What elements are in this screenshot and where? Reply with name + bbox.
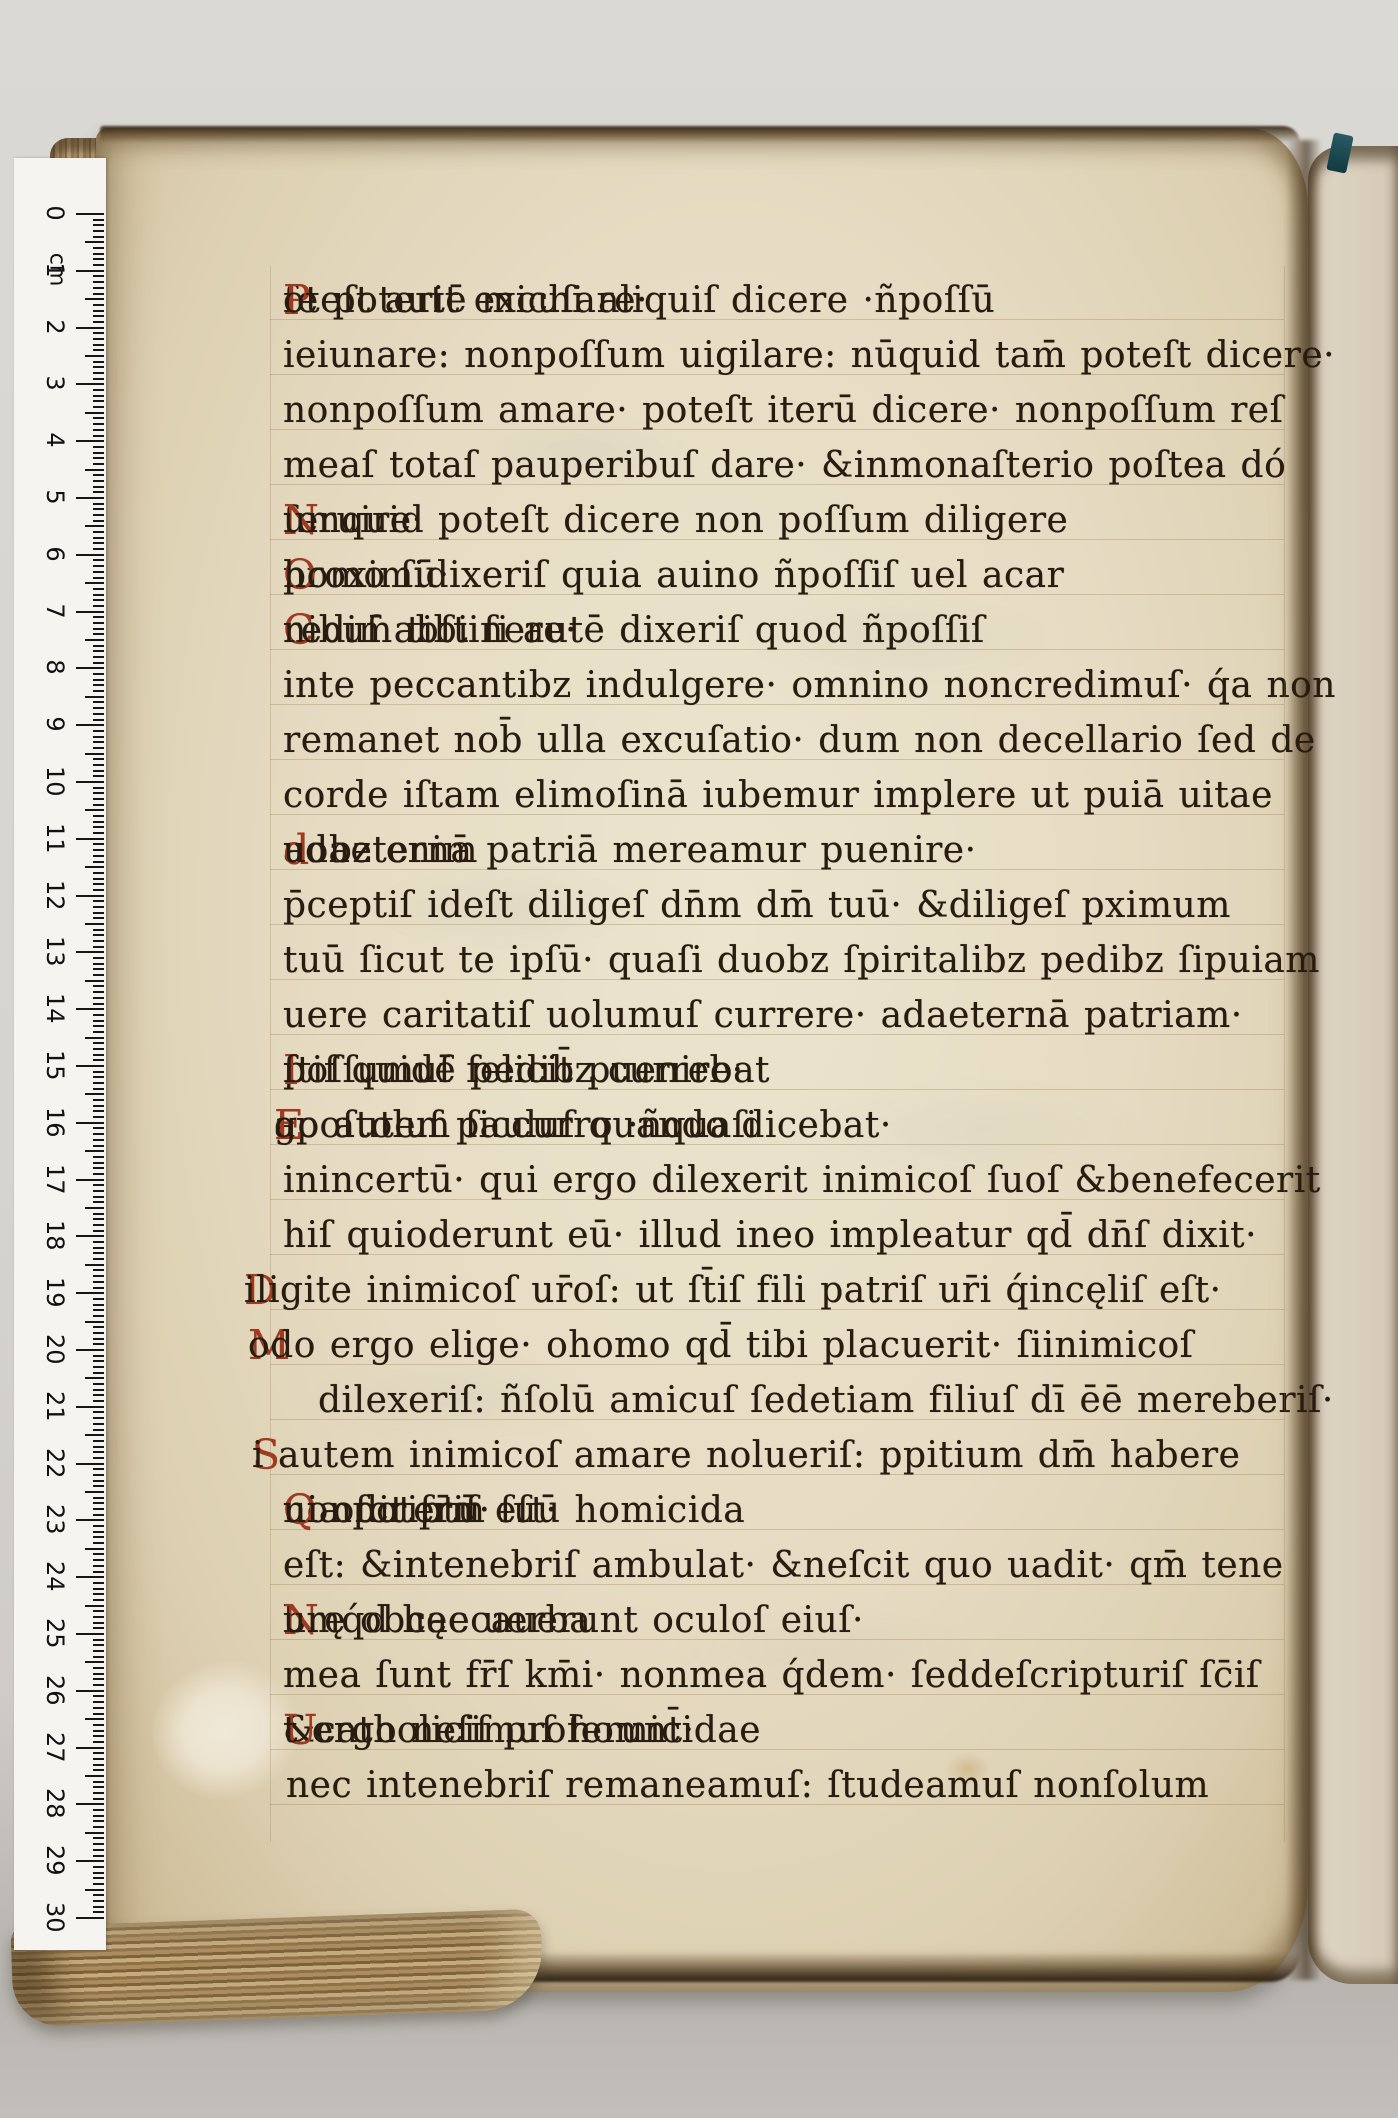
ruler-tick: [93, 1781, 104, 1783]
ruler-tick: [85, 1889, 104, 1891]
ruler-tick: [85, 355, 104, 357]
manuscript-line: Si autem inimicoſ amare nolueriſ: ppitiu…: [252, 1428, 1278, 1483]
ruler-tick: [93, 1099, 104, 1101]
ruler-tick: [85, 696, 104, 698]
ruler-tick: [93, 855, 104, 857]
ruler-tick: [93, 520, 104, 522]
ruler-tick: [85, 1548, 104, 1550]
ruler-number: 15: [41, 1050, 69, 1080]
ruler-tick: [76, 724, 104, 726]
ink-text: meaſ totaſ pauperibuſ dare· &inmonaſteri…: [283, 438, 1286, 493]
ruler-tick: [93, 281, 104, 283]
manuscript-line: uere caritatiſ uolumuſ currere· adaetern…: [283, 988, 1278, 1043]
ruler-tick: [93, 1332, 104, 1334]
ruler-tick: [85, 241, 104, 243]
ruler-tick: [93, 230, 104, 232]
ink-text: mea ſunt fr̄ſ km̄i· nonmea q́dem· ſeddeſ…: [283, 1648, 1260, 1703]
ruler-tick: [76, 327, 104, 329]
manuscript-line: ſeruire· Numquid poteſt dicere non poſſu…: [283, 493, 1278, 548]
ruler-tick: [93, 1866, 104, 1868]
ruler-tick: [93, 1644, 104, 1646]
ruler-tick: [76, 1122, 104, 1124]
ruler-number: 5: [41, 482, 69, 512]
ruler-tick: [93, 622, 104, 624]
ruler-tick: [85, 1207, 104, 1209]
ruler-tick: [93, 1877, 104, 1879]
ruler-tick: [93, 1639, 104, 1641]
ruler-tick: [85, 1264, 104, 1266]
ruler-tick: [93, 1582, 104, 1584]
ruler-number: 22: [41, 1448, 69, 1478]
ruler-tick: [93, 1201, 104, 1203]
ruler-number: 3: [41, 368, 69, 398]
ruler-tick: [93, 912, 104, 914]
ruler-tick: [93, 435, 104, 437]
ink-text: umquid poteſt dicere non poſſum diligere: [283, 493, 1068, 548]
ruler-number: 28: [41, 1788, 69, 1818]
ruler-tick: [93, 1786, 104, 1788]
ruler-tick: [93, 1440, 104, 1442]
ink-text: eſt: &intenebriſ ambulat· &neſcit quo ua…: [283, 1538, 1284, 1593]
ruler-tick: [85, 412, 104, 414]
manuscript-line: &catholiciſ proferunt̄· Ut ergo neſimuſ …: [283, 1703, 1278, 1758]
ruler-tick: [93, 1713, 104, 1715]
ruler-tick: [93, 1451, 104, 1453]
ruler-tick: [93, 1025, 104, 1027]
ink-text: iligite inimicoſ ur̄oſ: ut ſt̄iſ fili pa…: [244, 1263, 1222, 1318]
ruler-tick: [93, 1042, 104, 1044]
ruler-tick: [93, 1287, 104, 1289]
ruler-tick: [93, 1173, 104, 1175]
ruler-tick: [93, 1252, 104, 1254]
ruler-tick: [93, 974, 104, 976]
ruler-tick: [93, 775, 104, 777]
ruler-tick: [93, 1724, 104, 1726]
ruler-tick: [93, 457, 104, 459]
ruler-unit-label: cm: [45, 253, 70, 287]
manuscript-line: adaeternā patriā mereamur puenire· duobz…: [283, 823, 1278, 878]
ruler-tick: [76, 1803, 104, 1805]
ink-text: tuū ſicut te ipſū· quaſi duobz ſpiritali…: [283, 933, 1320, 988]
ruler-tick: [93, 423, 104, 425]
ink-text: ſtiſ quidē pedibz currebat: [283, 1043, 770, 1098]
ruler-tick: [93, 787, 104, 789]
ruler-tick: [93, 963, 104, 965]
manuscript-line: dilexeriſ: ñſolū amicuſ ſedetiam filiuſ …: [318, 1373, 1278, 1428]
ruler-tick: [93, 508, 104, 510]
ruler-tick: [76, 1519, 104, 1521]
ruler-tick: [93, 1809, 104, 1811]
ruler-tick: [76, 1292, 104, 1294]
ruler-tick: [85, 923, 104, 925]
ruler-tick: [93, 991, 104, 993]
ruler-tick: [93, 1480, 104, 1482]
ruler-tick: [93, 633, 104, 635]
ruler-tick: [93, 1531, 104, 1533]
ruler-tick: [93, 1145, 104, 1147]
ruler-tick: [93, 1372, 104, 1374]
ruler-tick: [93, 690, 104, 692]
ruler-tick: [93, 1474, 104, 1476]
ruler-tick: [93, 1837, 104, 1839]
ruler-tick: [93, 1355, 104, 1357]
ink-text: inte peccantibz indulgere· omnino noncre…: [283, 658, 1336, 713]
ruler-tick: [93, 559, 104, 561]
ruler-tick: [93, 542, 104, 544]
ruler-tick: [93, 315, 104, 317]
ruler-tick: [93, 747, 104, 749]
ruler-tick: [93, 883, 104, 885]
ruler-tick: [93, 1230, 104, 1232]
ruler-tick: [76, 1349, 104, 1351]
ruler-tick: [93, 1389, 104, 1391]
ruler-tick: [93, 304, 104, 306]
ruler-tick: [85, 1093, 104, 1095]
ruler-tick: [93, 514, 104, 516]
ruler-tick: [93, 1758, 104, 1760]
ruler-tick: [93, 287, 104, 289]
ruler-tick: [93, 957, 104, 959]
ruler-tick: [85, 525, 104, 527]
ruler-tick: [76, 554, 104, 556]
ruler-tick: [93, 1730, 104, 1732]
ruler-tick: [93, 1701, 104, 1703]
ruler-tick: [93, 1798, 104, 1800]
manuscript-line: mea ſunt fr̄ſ km̄i· nonmea q́dem· ſeddeſ…: [283, 1648, 1278, 1703]
ink-text: i autem inimicoſ amare nolueriſ: ppitium…: [252, 1428, 1240, 1483]
ruler-tick: [93, 741, 104, 743]
ruler-tick: [93, 1071, 104, 1073]
ruler-tick: [93, 1457, 104, 1459]
ruler-tick: [93, 843, 104, 845]
ruler: 0123456789101112131415161718192021222324…: [14, 158, 106, 1950]
ruler-tick: [93, 985, 104, 987]
ruler-tick: [85, 469, 104, 471]
ruler-tick: [93, 1048, 104, 1050]
ruler-tick: [93, 861, 104, 863]
ink-text: hiſ quioderunt eū· illud ineo impleatur …: [283, 1208, 1257, 1263]
ruler-tick: [93, 878, 104, 880]
ruler-tick: [93, 656, 104, 658]
manuscript-line: hiſ quioderunt eū· illud ineo impleatur …: [283, 1208, 1278, 1263]
ruler-tick: [93, 605, 104, 607]
ink-text: nonpoſſum amare· poteſt iterū dicere· no…: [283, 383, 1283, 438]
manuscript-line: ieiunare: nonpoſſum uigilare: nūquid tam…: [283, 328, 1278, 383]
ink-text: t ergo neſimuſ homicidae: [283, 1703, 761, 1758]
ruler-tick: [85, 1775, 104, 1777]
ink-text: ieiunare: nonpoſſum uigilare: nūquid tam…: [283, 328, 1335, 383]
ruler-tick: [93, 1076, 104, 1078]
ruler-tick: [93, 1258, 104, 1260]
ruler-tick: [93, 707, 104, 709]
ruler-tick: [93, 400, 104, 402]
ruler-number: 21: [41, 1391, 69, 1421]
ruler-tick: [93, 1792, 104, 1794]
manuscript-line: nec intenebriſ remaneamuſ: ſtudeamuſ non…: [286, 1758, 1278, 1813]
ruler-tick: [93, 1275, 104, 1277]
ruler-tick: [93, 1315, 104, 1317]
ruler-tick: [93, 1883, 104, 1885]
ruler-tick: [93, 1616, 104, 1618]
ruler-tick: [93, 815, 104, 817]
ruler-tick: [93, 792, 104, 794]
ruler-tick: [93, 1059, 104, 1061]
ruler-tick: [76, 1860, 104, 1862]
ruler-tick: [93, 900, 104, 902]
ruler-tick: [93, 1304, 104, 1306]
ruler-tick: [93, 1622, 104, 1624]
ruler-tick: [93, 758, 104, 760]
ruler-number: 29: [41, 1845, 69, 1875]
ruler-number: 25: [41, 1618, 69, 1648]
ruler-tick: [93, 463, 104, 465]
manuscript-line: proximū· O homo ſidixeriſ quia auino ñpo…: [283, 548, 1278, 603]
ruler-tick: [93, 1167, 104, 1169]
ruler-tick: [93, 1031, 104, 1033]
ruler-tick: [93, 1815, 104, 1817]
ruler-tick: [93, 1281, 104, 1283]
ruler-tick: [85, 298, 104, 300]
ink-text: homo ſidixeriſ quia auino ñpoſſiſ uel ac…: [283, 548, 1064, 603]
ruler-tick: [85, 980, 104, 982]
ruler-number: 4: [41, 425, 69, 455]
ruler-tick: [85, 1321, 104, 1323]
ruler-tick: [93, 1553, 104, 1555]
ruler-tick: [93, 1298, 104, 1300]
ruler-tick: [76, 838, 104, 840]
ruler-tick: [93, 1542, 104, 1544]
ruler-tick: [85, 582, 104, 584]
ruler-tick: [93, 594, 104, 596]
ruler-tick: [93, 1190, 104, 1192]
ruler-tick: [93, 1894, 104, 1896]
ruler-tick: [93, 253, 104, 255]
ink-text: dilexeriſ: ñſolū amicuſ ſedetiam filiuſ …: [318, 1373, 1334, 1428]
ruler-tick: [93, 1224, 104, 1226]
ruler-tick: [93, 1218, 104, 1220]
ruler-tick: [93, 452, 104, 454]
ruler-number: 23: [41, 1504, 69, 1534]
manuscript-line: p̄ceptiſ ideſt diligeſ dn̄m dm̄ tuū· &di…: [283, 878, 1278, 933]
ink-text: corde iſtam elimoſinā iubemur implere ut…: [283, 768, 1273, 823]
ruler-tick: [93, 673, 104, 675]
ruler-tick: [93, 474, 104, 476]
ruler-tick: [93, 1843, 104, 1845]
ruler-tick: [93, 1650, 104, 1652]
ruler-tick: [93, 1565, 104, 1567]
ruler-tick: [93, 599, 104, 601]
ruler-tick: [93, 1468, 104, 1470]
ruler-tick: [76, 440, 104, 442]
ink-text: umq́d hęc uerba: [283, 1593, 591, 1648]
ruler-tick: [93, 1127, 104, 1129]
ruler-tick: [76, 1690, 104, 1692]
ruler-number: 11: [41, 823, 69, 853]
ruler-tick: [93, 934, 104, 936]
ruler-tick: [93, 531, 104, 533]
ruler-number: 24: [41, 1561, 69, 1591]
ruler-tick: [93, 577, 104, 579]
manuscript-line: ſe poterit excuſare· Poteſt autē michi a…: [283, 273, 1278, 328]
ruler-tick: [93, 349, 104, 351]
ruler-tick: [93, 628, 104, 630]
ruler-tick: [93, 1497, 104, 1499]
ruler-tick: [93, 1411, 104, 1413]
ruler-number: 17: [41, 1164, 69, 1194]
ruler-tick: [93, 1769, 104, 1771]
ruler-number: 8: [41, 652, 69, 682]
ruler-number: 18: [41, 1220, 69, 1250]
ink-text: redim̄ tibi ſi autē dixeriſ quod ñpoſſiſ: [283, 603, 985, 658]
ruler-tick: [93, 1707, 104, 1709]
ruler-tick: [93, 275, 104, 277]
ruler-tick: [93, 446, 104, 448]
ruler-tick: [93, 872, 104, 874]
ruler-tick: [93, 917, 104, 919]
ruler-tick: [85, 1718, 104, 1720]
ruler-tick: [76, 383, 104, 385]
ruler-tick: [93, 372, 104, 374]
ruler-tick: [93, 1764, 104, 1766]
ruler-tick: [93, 1360, 104, 1362]
ruler-number: 19: [41, 1277, 69, 1307]
ink-text: remanet nob̄ ulla excuſatio· dum non dec…: [283, 713, 1316, 768]
ruler-tick: [85, 1491, 104, 1493]
ruler-tick: [93, 997, 104, 999]
manuscript-line: apoſtoluſ pauluſ quando dicebat· Ego aut…: [274, 1098, 1278, 1153]
ruler-tick: [93, 1105, 104, 1107]
ruler-tick: [93, 293, 104, 295]
ruler-tick: [93, 1020, 104, 1022]
ruler-tick: [76, 270, 104, 272]
ruler-tick: [76, 1576, 104, 1578]
ruler-tick: [93, 730, 104, 732]
ruler-tick: [93, 1156, 104, 1158]
ruler-tick: [76, 1179, 104, 1181]
ruler-tick: [93, 1514, 104, 1516]
ruler-tick: [76, 1008, 104, 1010]
manuscript-line: inte peccantibz indulgere· omnino noncre…: [283, 658, 1278, 713]
ruler-tick: [93, 1247, 104, 1249]
manuscript-line: Modo ergo elige· ohomo qd̄ tibi placueri…: [248, 1318, 1278, 1373]
ruler-tick: [93, 548, 104, 550]
manuscript-line: Diligite inimicoſ ur̄oſ: ut ſt̄iſ fili p…: [244, 1263, 1278, 1318]
ruler-tick: [93, 1088, 104, 1090]
ruler-tick: [93, 1309, 104, 1311]
ruler-tick: [93, 236, 104, 238]
ruler-tick: [76, 1463, 104, 1465]
ruler-tick: [93, 889, 104, 891]
ruler-tick: [93, 417, 104, 419]
manuscript-line: meaſ totaſ pauperibuſ dare· &inmonaſteri…: [283, 438, 1278, 493]
ruler-tick: [93, 1508, 104, 1510]
ruler-number: 14: [41, 993, 69, 1023]
ruler-tick: [93, 770, 104, 772]
ruler-number: 30: [41, 1902, 69, 1932]
ruler-tick: [93, 361, 104, 363]
ruler-tick: [93, 645, 104, 647]
ruler-tick: [93, 1588, 104, 1590]
ruler-tick: [93, 258, 104, 260]
ruler-tick: [76, 497, 104, 499]
ruler-tick: [93, 224, 104, 226]
ink-text: oteſt autē michi aliquiſ dicere ·ñpoſſū: [283, 273, 995, 328]
ruler-tick: [93, 736, 104, 738]
ruler-tick: [93, 332, 104, 334]
ruler-tick: [85, 866, 104, 868]
manuscript-line: eſt: &intenebriſ ambulat· &neſcit quo ua…: [283, 1538, 1278, 1593]
ruler-tick: [93, 1241, 104, 1243]
ink-text: inincertū· qui ergo dilexerit inimicoſ ſ…: [283, 1153, 1321, 1208]
ruler-tick: [93, 826, 104, 828]
ruler-number: 6: [41, 539, 69, 569]
ruler-tick: [93, 321, 104, 323]
manuscript-line: nonpoſſum amare· poteſt iterū dicere· no…: [283, 383, 1278, 438]
ruler-tick: [76, 895, 104, 897]
ruler-tick: [76, 951, 104, 953]
ruler-tick: [93, 571, 104, 573]
margin-ruling-line: [270, 266, 271, 1842]
ruler-tick: [93, 1446, 104, 1448]
ruler-tick: [93, 1906, 104, 1908]
margin-ruling-line: [1284, 266, 1285, 1842]
ruler-tick: [93, 1684, 104, 1686]
ruler-tick: [93, 1269, 104, 1271]
ruler-tick: [93, 1820, 104, 1822]
ruler-tick: [93, 1695, 104, 1697]
ruler-tick: [85, 639, 104, 641]
ruler-tick: [93, 491, 104, 493]
ruler-tick: [93, 1872, 104, 1874]
ruler-tick: [76, 1633, 104, 1635]
ruler-tick: [93, 1855, 104, 1857]
ink-text: uobz enim: [283, 823, 478, 878]
ruler-number: 9: [41, 709, 69, 739]
ruler-tick: [93, 1849, 104, 1851]
ruler-tick: [93, 1826, 104, 1828]
ruler-tick: [93, 1054, 104, 1056]
ruler-tick: [85, 1661, 104, 1663]
ruler-tick: [93, 1014, 104, 1016]
manuscript-line: tuū ſicut te ipſū· quaſi duobz ſpiritali…: [283, 933, 1278, 988]
ruler-tick: [93, 1485, 104, 1487]
ruler-tick: [93, 1139, 104, 1141]
ruler-tick: [93, 1656, 104, 1658]
ruler-number: 13: [41, 936, 69, 966]
ruler-tick: [93, 1735, 104, 1737]
ruler-number: 20: [41, 1334, 69, 1364]
ruler-tick: [76, 1917, 104, 1919]
ruler-tick: [93, 804, 104, 806]
ruler-tick: [93, 1082, 104, 1084]
ruler-tick: [93, 1900, 104, 1902]
ruler-tick: [93, 849, 104, 851]
ruler-tick: [93, 588, 104, 590]
ink-text: ui odit fr̄m ſuū homicida: [283, 1483, 745, 1538]
ruler-tick: [93, 701, 104, 703]
manuscript-line: brę obcaecauerunt oculoſ eiuſ· Numq́d hę…: [283, 1593, 1278, 1648]
ruler-tick: [93, 344, 104, 346]
ruler-tick: [93, 1741, 104, 1743]
ruler-tick: [93, 906, 104, 908]
manuscript-line: nonpoteriſ· Quia ſcriptū eſt· Qui odit f…: [283, 1483, 1278, 1538]
ruler-tick: [93, 429, 104, 431]
ruler-number: 27: [41, 1732, 69, 1762]
ruler-tick: [76, 1065, 104, 1067]
ruler-tick: [93, 929, 104, 931]
ruler-tick: [93, 1673, 104, 1675]
ruler-number: 10: [41, 766, 69, 796]
